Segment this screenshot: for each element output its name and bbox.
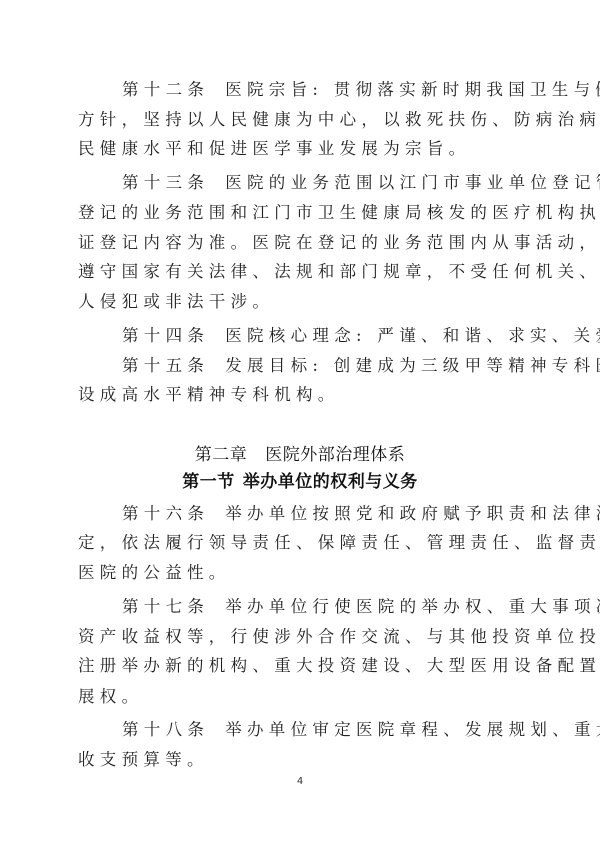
article-12-line-2: 方针，坚持以人民健康为中心，以救死扶伤、防病治病、提高人 bbox=[78, 110, 528, 130]
article-text: 医院宗旨: 贯彻落实新时期我国卫生与健康工作 bbox=[225, 80, 600, 99]
article-number: 第十二条 bbox=[122, 80, 209, 99]
article-text: 医院的业务范围以江门市事业单位登记管理局 bbox=[225, 173, 600, 192]
article-17-line-2: 资产收益权等，行使涉外合作交流、与其他投资单位投资合作、 bbox=[78, 627, 528, 647]
document-page: 第十二条医院宗旨: 贯彻落实新时期我国卫生与健康工作 方针，坚持以人民健康为中心… bbox=[0, 0, 600, 849]
article-18-line-2: 收支预算等。 bbox=[78, 750, 528, 770]
article-17-line-1: 第十七条举办单位行使医院的举办权、重大事项决策权、 bbox=[122, 597, 572, 617]
article-17-line-3: 注册举办新的机构、重大投资建设、大型医用设备配置等重大发 bbox=[78, 656, 528, 676]
article-number: 第十八条 bbox=[122, 720, 209, 739]
article-13-line-3: 证登记内容为准。医院在登记的业务范围内从事活动，一切活动 bbox=[78, 233, 528, 253]
article-number: 第十六条 bbox=[122, 504, 209, 523]
article-14-line-1: 第十四条医院核心理念: 严谨、和谐、求实、关爱。 bbox=[122, 326, 572, 346]
article-number: 第十五条 bbox=[122, 356, 209, 375]
article-13-line-1: 第十三条医院的业务范围以江门市事业单位登记管理局 bbox=[122, 173, 572, 193]
article-13-line-2: 登记的业务范围和江门市卫生健康局核发的医疗机构执业许可 bbox=[78, 203, 528, 223]
section-title: 举办单位的权利与义务 bbox=[243, 472, 418, 492]
chapter-heading: 第二章医院外部治理体系 bbox=[0, 444, 600, 466]
page-number: 4 bbox=[0, 776, 600, 787]
article-12-line-3: 民健康水平和促进医学事业发展为宗旨。 bbox=[78, 139, 528, 159]
article-13-line-5: 人侵犯或非法干涉。 bbox=[78, 292, 528, 312]
article-17-line-4: 展权。 bbox=[78, 687, 528, 707]
section-number: 第一节 bbox=[182, 472, 235, 492]
article-text: 医院核心理念: 严谨、和谐、求实、关爱。 bbox=[225, 326, 600, 345]
article-16-line-3: 医院的公益性。 bbox=[78, 563, 528, 583]
article-16-line-1: 第十六条举办单位按照党和政府赋予职责和法律法规规 bbox=[122, 504, 572, 524]
article-16-line-2: 定，依法履行领导责任、保障责任、管理责任、监督责任，维持 bbox=[78, 533, 528, 553]
article-15-line-2: 设成高水平精神专科机构。 bbox=[78, 385, 528, 405]
article-18-line-1: 第十八条举办单位审定医院章程、发展规划、重大项目、 bbox=[122, 720, 572, 740]
article-text: 发展目标: 创建成为三级甲等精神专科医院，建 bbox=[225, 356, 600, 375]
article-text: 举办单位审定医院章程、发展规划、重大项目、 bbox=[225, 720, 600, 739]
article-13-line-4: 遵守国家有关法律、法规和部门规章，不受任何机关、团体、个 bbox=[78, 262, 528, 282]
article-15-line-1: 第十五条发展目标: 创建成为三级甲等精神专科医院，建 bbox=[122, 356, 572, 376]
article-12-line-1: 第十二条医院宗旨: 贯彻落实新时期我国卫生与健康工作 bbox=[122, 80, 572, 100]
article-text: 举办单位行使医院的举办权、重大事项决策权、 bbox=[225, 597, 600, 616]
chapter-title: 医院外部治理体系 bbox=[265, 445, 405, 465]
article-number: 第十七条 bbox=[122, 597, 209, 616]
article-number: 第十三条 bbox=[122, 173, 209, 192]
chapter-number: 第二章 bbox=[195, 445, 248, 465]
section-heading: 第一节举办单位的权利与义务 bbox=[0, 471, 600, 493]
article-number: 第十四条 bbox=[122, 326, 209, 345]
article-text: 举办单位按照党和政府赋予职责和法律法规规 bbox=[225, 504, 600, 523]
